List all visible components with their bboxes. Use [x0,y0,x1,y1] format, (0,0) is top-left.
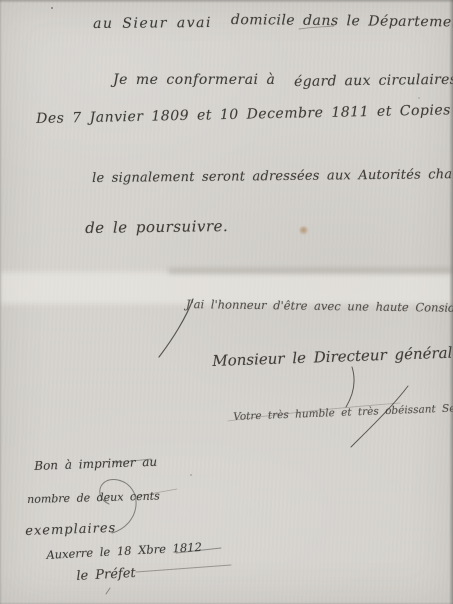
handwritten-line-circular-dates: Des 7 Janvier 1809 et 10 Decembre 1811 e… [36,102,453,127]
scan-edge-top [0,0,453,3]
handwritten-line-poursuivre: de le poursuivre. [85,217,228,237]
pen-stroke-g-descender [346,367,354,407]
pen-stroke-prefet-line [136,565,231,572]
handwritten-line-opening-right: domicile dans le Département. [231,12,453,31]
paper-speck [418,97,420,99]
marginal-note-exemplaires: exemplaires [25,521,116,539]
marginal-note-date-place: Auxerre le 18 Xbre 1812 [46,540,202,562]
handwritten-line-addressee: Monsieur le Directeur général [212,344,453,370]
paper-speck [190,474,192,476]
paper-crease-shadow [168,268,453,274]
handwritten-line-servant-close: Votre très humble et très obéissant Serv… [233,401,453,423]
handwritten-line-conformity-left: Je me conformerai à [113,72,275,88]
marginal-note-prefet: le Préfet [76,566,136,584]
handwritten-line-opening-left: au Sieur avai [93,15,212,32]
paper-speck [51,7,53,9]
manuscript-page: au Sieur avai domicile dans le Départeme… [0,0,453,604]
ink-stain [299,226,309,235]
marginal-note-bon-a-imprimer: Bon à imprimer au [34,455,157,473]
marginal-note-nombre: nombre de deux cents [27,490,160,506]
handwritten-line-signalement: le signalement seront adressées aux Auto… [92,167,453,186]
pen-stroke-bottom-mark [106,588,110,594]
handwritten-line-courtesy-close: J'ai l'honneur d'être avec une haute Con… [186,297,453,315]
handwritten-line-conformity-right: égard aux circulaires [294,72,453,90]
